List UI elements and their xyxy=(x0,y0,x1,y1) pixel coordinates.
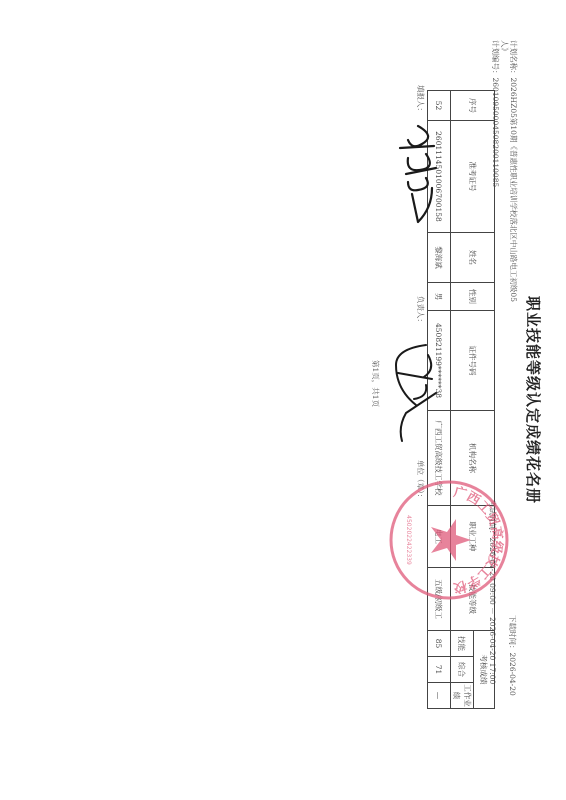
svg-text:4502022422339: 4502022422339 xyxy=(405,515,412,565)
header-seq: 序号 xyxy=(451,91,495,121)
header-work-performance: 工作业绩 xyxy=(451,683,474,709)
plan-name: 计划名称：2026HZ05第10期《普惠性职业培训学校落北区中山路电工初级05 xyxy=(508,40,519,302)
official-seal-icon: 广西工贸高级技工学校 4502022422339 xyxy=(387,478,511,602)
responsible-label: 负责人： xyxy=(415,296,426,326)
page-indicator: 第1页，共1页 xyxy=(370,360,381,407)
signer-signature xyxy=(393,118,448,238)
responsible-signature xyxy=(386,335,446,445)
header-gender: 性别 xyxy=(451,283,495,311)
document-title: 职业技能等级认定成绩花名册 xyxy=(523,0,544,800)
header-skill: 技能 xyxy=(451,631,474,657)
cell-gender: 男 xyxy=(428,283,451,311)
cell-seq: 52 xyxy=(428,91,451,121)
header-comprehensive: 综合 xyxy=(451,657,474,683)
download-time: 下载时间：2026-04-20 xyxy=(507,615,518,696)
cell-name: 黎海斌 xyxy=(428,233,451,283)
header-scores-group: 考核成绩 xyxy=(474,631,495,709)
header-ticket-no: 准考证号 xyxy=(451,121,495,233)
cell-skill: 85 xyxy=(428,631,451,657)
header-name: 姓名 xyxy=(451,233,495,283)
signer-label: 填报人： xyxy=(415,85,426,115)
rotated-document-page: 职业技能等级认定成绩花名册 计划名称：2026HZ05第10期《普惠性职业培训学… xyxy=(0,0,566,800)
header-id-no: 证件号码 xyxy=(451,311,495,411)
cell-work-performance: — xyxy=(428,683,451,709)
cell-comprehensive: 71 xyxy=(428,657,451,683)
